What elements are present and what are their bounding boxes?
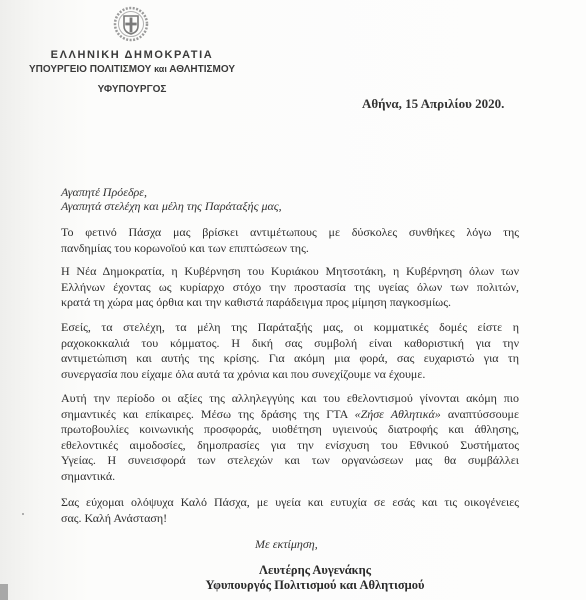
letterhead-ministry: ΥΠΟΥΡΓΕΙΟ ΠΟΛΙΤΙΣΜΟΥ και ΑΘΛΗΤΙΣΜΟΥ: [12, 62, 252, 77]
closing-phrase: Με εκτίμηση,: [255, 537, 318, 552]
paragraph-4: Αυτή την περίοδο οι αξίες της αλληλεγγύη…: [61, 391, 519, 484]
salutation-line-2: Αγαπητά στελέχη και μέλη της Παράταξής μ…: [61, 199, 282, 213]
ministry-part1: ΥΠΟΥΡΓΕΙΟ ΠΟΛΙΤΙΣΜΟΥ: [29, 64, 154, 75]
paragraph-3: Εσείς, τα στελέχη, τα μέλη της Παράταξής…: [61, 320, 519, 382]
text-line: πρωτοβουλίες κοινωνικής προσφοράς, υιοθέ…: [61, 422, 519, 438]
letter-date: Αθήνα, 15 Απριλίου 2020.: [362, 96, 504, 112]
text-line: Το φετινό Πάσχα μας βρίσκει αντιμέτωπους…: [61, 225, 519, 241]
text-line: ραχοκοκκαλιά του κόμματος. Η δική σας συ…: [61, 336, 519, 352]
text-line: εθελοντικές αιμοδοσίες, δημοπρασίες για …: [61, 438, 519, 454]
paragraph-5: Σας εύχομαι ολόψυχα Καλό Πάσχα, με υγεία…: [61, 495, 519, 526]
letter-page: ΕΛΛΗΝΙΚΗ ΔΗΜΟΚΡΑΤΙΑ ΥΠΟΥΡΓΕΙΟ ΠΟΛΙΤΙΣΜΟΥ…: [0, 0, 586, 600]
text-line: Ελλήνων έχοντας ως κυρίαρχο στόχο την πρ…: [61, 280, 519, 296]
greek-coat-of-arms-icon: [113, 6, 149, 42]
text-line: πανδημίας του κορωνοϊού και των επιπτώσε…: [61, 241, 519, 257]
text-line: σημαντικά.: [61, 469, 519, 485]
signature-block: Λευτέρης Αυγενάκης Υφυπουργός Πολιτισμού…: [200, 563, 430, 593]
text-line: σας. Καλή Ανάσταση!: [61, 511, 519, 527]
text-line: σημαντικές και επίκαιρες. Μέσω της δράση…: [61, 407, 519, 423]
text-segment: σημαντικές και επίκαιρες. Μέσω της δράση…: [61, 407, 355, 421]
letterhead-republic: ΕΛΛΗΝΙΚΗ ΔΗΜΟΚΡΑΤΙΑ: [12, 48, 252, 62]
text-line: Αυτή την περίοδο οι αξίες της αλληλεγγύη…: [61, 391, 519, 407]
letterhead: ΕΛΛΗΝΙΚΗ ΔΗΜΟΚΡΑΤΙΑ ΥΠΟΥΡΓΕΙΟ ΠΟΛΙΤΙΣΜΟΥ…: [12, 48, 252, 97]
letterhead-office: ΥΦΥΠΟΥΡΓΟΣ: [12, 83, 252, 97]
text-segment: αναπτύσσουμε: [441, 407, 519, 421]
signatory-name: Λευτέρης Αυγενάκης: [200, 563, 430, 578]
text-line: Σας εύχομαι ολόψυχα Καλό Πάσχα, με υγεία…: [61, 495, 519, 511]
paragraph-1: Το φετινό Πάσχα μας βρίσκει αντιμέτωπους…: [61, 225, 519, 256]
text-line: Εσείς, τα στελέχη, τα μέλη της Παράταξής…: [61, 320, 519, 336]
paragraph-2: Η Νέα Δημοκρατία, η Κυβέρνηση του Κυριάκ…: [61, 264, 519, 311]
text-line: κρατά τη χώρα μας όρθια και την καθιστά …: [61, 295, 519, 311]
salutation-line-1: Αγαπητέ Πρόεδρε,: [61, 185, 282, 199]
text-line: Υγείας. Η συνεισφορά των στελεχών και τω…: [61, 453, 519, 469]
campaign-name: «Ζήσε Αθλητικά»: [355, 407, 441, 421]
signatory-title: Υφυπουργός Πολιτισμού και Αθλητισμού: [200, 578, 430, 593]
scan-speck: [22, 513, 24, 515]
ministry-kai: και: [154, 64, 167, 74]
text-line: συνεργασία που είχαμε όλα αυτά τα χρόνια…: [61, 367, 519, 383]
text-line: Η Νέα Δημοκρατία, η Κυβέρνηση του Κυριάκ…: [61, 264, 519, 280]
scan-edge-shadow: [0, 584, 8, 600]
ministry-part2: ΑΘΛΗΤΙΣΜΟΥ: [167, 64, 235, 75]
text-line: αντιμετώπιση και αυτής της κρίσης. Για α…: [61, 351, 519, 367]
salutation: Αγαπητέ Πρόεδρε, Αγαπητά στελέχη και μέλ…: [61, 185, 282, 213]
